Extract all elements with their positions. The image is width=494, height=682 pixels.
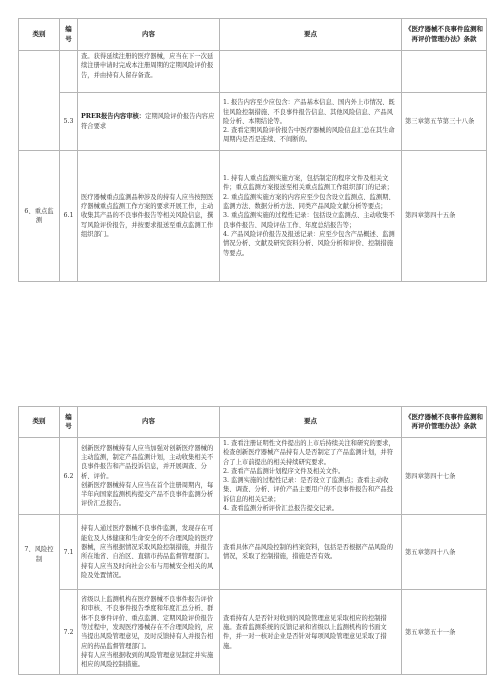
clause-cell: 第四章第四十五条 [402, 151, 487, 282]
header-points: 要点 [220, 407, 402, 438]
category-cell: 6、重点监测 [19, 151, 60, 282]
number-cell: 7.2 [60, 590, 78, 675]
header-points: 要点 [220, 19, 402, 51]
category-cell [19, 438, 60, 515]
table-row: 6.2 创新医疗器械持有人应当加强对创新医疗器械的主动监测，制定产品监测计划，主… [19, 438, 487, 515]
header-content: 内容 [78, 19, 220, 51]
number-cell: 5.3 [60, 93, 78, 151]
table-header-row: 类别 编号 内容 要点 《医疗器械不良事件监测和再评价管理办法》条款 [19, 19, 487, 51]
content-title: PRER报告内容审核： [81, 113, 145, 120]
content-cell: 查。获得延续注册的医疗器械，应当在下一次延续注册申请时完成本注册周期的定期风险评… [78, 51, 220, 93]
content-cell: 医疗器械重点监测品种涉及的持有人应当按照医疗器械重点监测工作方案的要求开展工作，… [78, 151, 220, 282]
header-category: 类别 [19, 407, 60, 438]
number-cell [60, 51, 78, 93]
clause-cell: 第五章第五十一条 [402, 590, 487, 675]
header-clause: 《医疗器械不良事件监测和再评价管理办法》条款 [402, 19, 487, 51]
clause-cell: 第三章第五节第三十八条 [402, 93, 487, 151]
clause-cell [402, 51, 487, 93]
category-cell [19, 51, 60, 151]
number-cell: 6.2 [60, 438, 78, 515]
regulation-table-2: 类别 编号 内容 要点 《医疗器械不良事件监测和再评价管理办法》条款 6.2 创… [18, 406, 487, 675]
table-row: 查。获得延续注册的医疗器械，应当在下一次延续注册申请时完成本注册周期的定期风险评… [19, 51, 487, 93]
table-row: 7.2 省级以上监测机构在医疗器械不良事件报告评价和审核、不良事件报告季度和年度… [19, 590, 487, 675]
header-number: 编号 [60, 19, 78, 51]
clause-cell: 第五章第四十八条 [402, 515, 487, 590]
header-clause: 《医疗器械不良事件监测和再评价管理办法》条款 [402, 407, 487, 438]
header-number: 编号 [60, 407, 78, 438]
points-cell: 1. 持有人重点监测实施方案，包括制定的程序文件及相关文件；重点监测方案报送至相… [220, 151, 402, 282]
content-cell: PRER报告内容审核：定期风险评价报告内容应符合要求 [78, 93, 220, 151]
points-cell: 查看持有人是否针对收到的风险管理意见采取相应的控制措施。查看监测系统的反馈记录和… [220, 590, 402, 675]
content-cell: 持有人通过医疗器械不良事件监测，发现存在可能危及人体健康和生命安全的不合理风险的… [78, 515, 220, 590]
table-row: 5.3 PRER报告内容审核：定期风险评价报告内容应符合要求 1. 报告内容至少… [19, 93, 487, 151]
regulation-table-1: 类别 编号 内容 要点 《医疗器械不良事件监测和再评价管理办法》条款 查。获得延… [18, 18, 487, 282]
table-row: 7、风险控制 7.1 持有人通过医疗器械不良事件监测，发现存在可能危及人体健康和… [19, 515, 487, 590]
content-cell: 省级以上监测机构在医疗器械不良事件报告评价和审核、不良事件报告季度和年度汇总分析… [78, 590, 220, 675]
points-cell [220, 51, 402, 93]
clause-cell: 第四章第四十七条 [402, 438, 487, 515]
table-header-row: 类别 编号 内容 要点 《医疗器械不良事件监测和再评价管理办法》条款 [19, 407, 487, 438]
number-cell: 7.1 [60, 515, 78, 590]
header-content: 内容 [78, 407, 220, 438]
points-cell: 查看具体产品风险控制的档案资料，包括是否根据产品风险的情况，采取了控制措施，措施… [220, 515, 402, 590]
table-row: 6、重点监测 6.1 医疗器械重点监测品种涉及的持有人应当按照医疗器械重点监测工… [19, 151, 487, 282]
header-category: 类别 [19, 19, 60, 51]
category-cell: 7、风险控制 [19, 515, 60, 675]
points-cell: 1. 查看注册证明性文件提出的上市后持续关注和研究的要求，检查创新医疗器械产品持… [220, 438, 402, 515]
number-cell: 6.1 [60, 151, 78, 282]
content-cell: 创新医疗器械持有人应当加强对创新医疗器械的主动监测，制定产品监测计划，主动收集相… [78, 438, 220, 515]
points-cell: 1. 报告内容至少应包含：产品基本信息、国内外上市情况、既往风险控制措施、不良事… [220, 93, 402, 151]
